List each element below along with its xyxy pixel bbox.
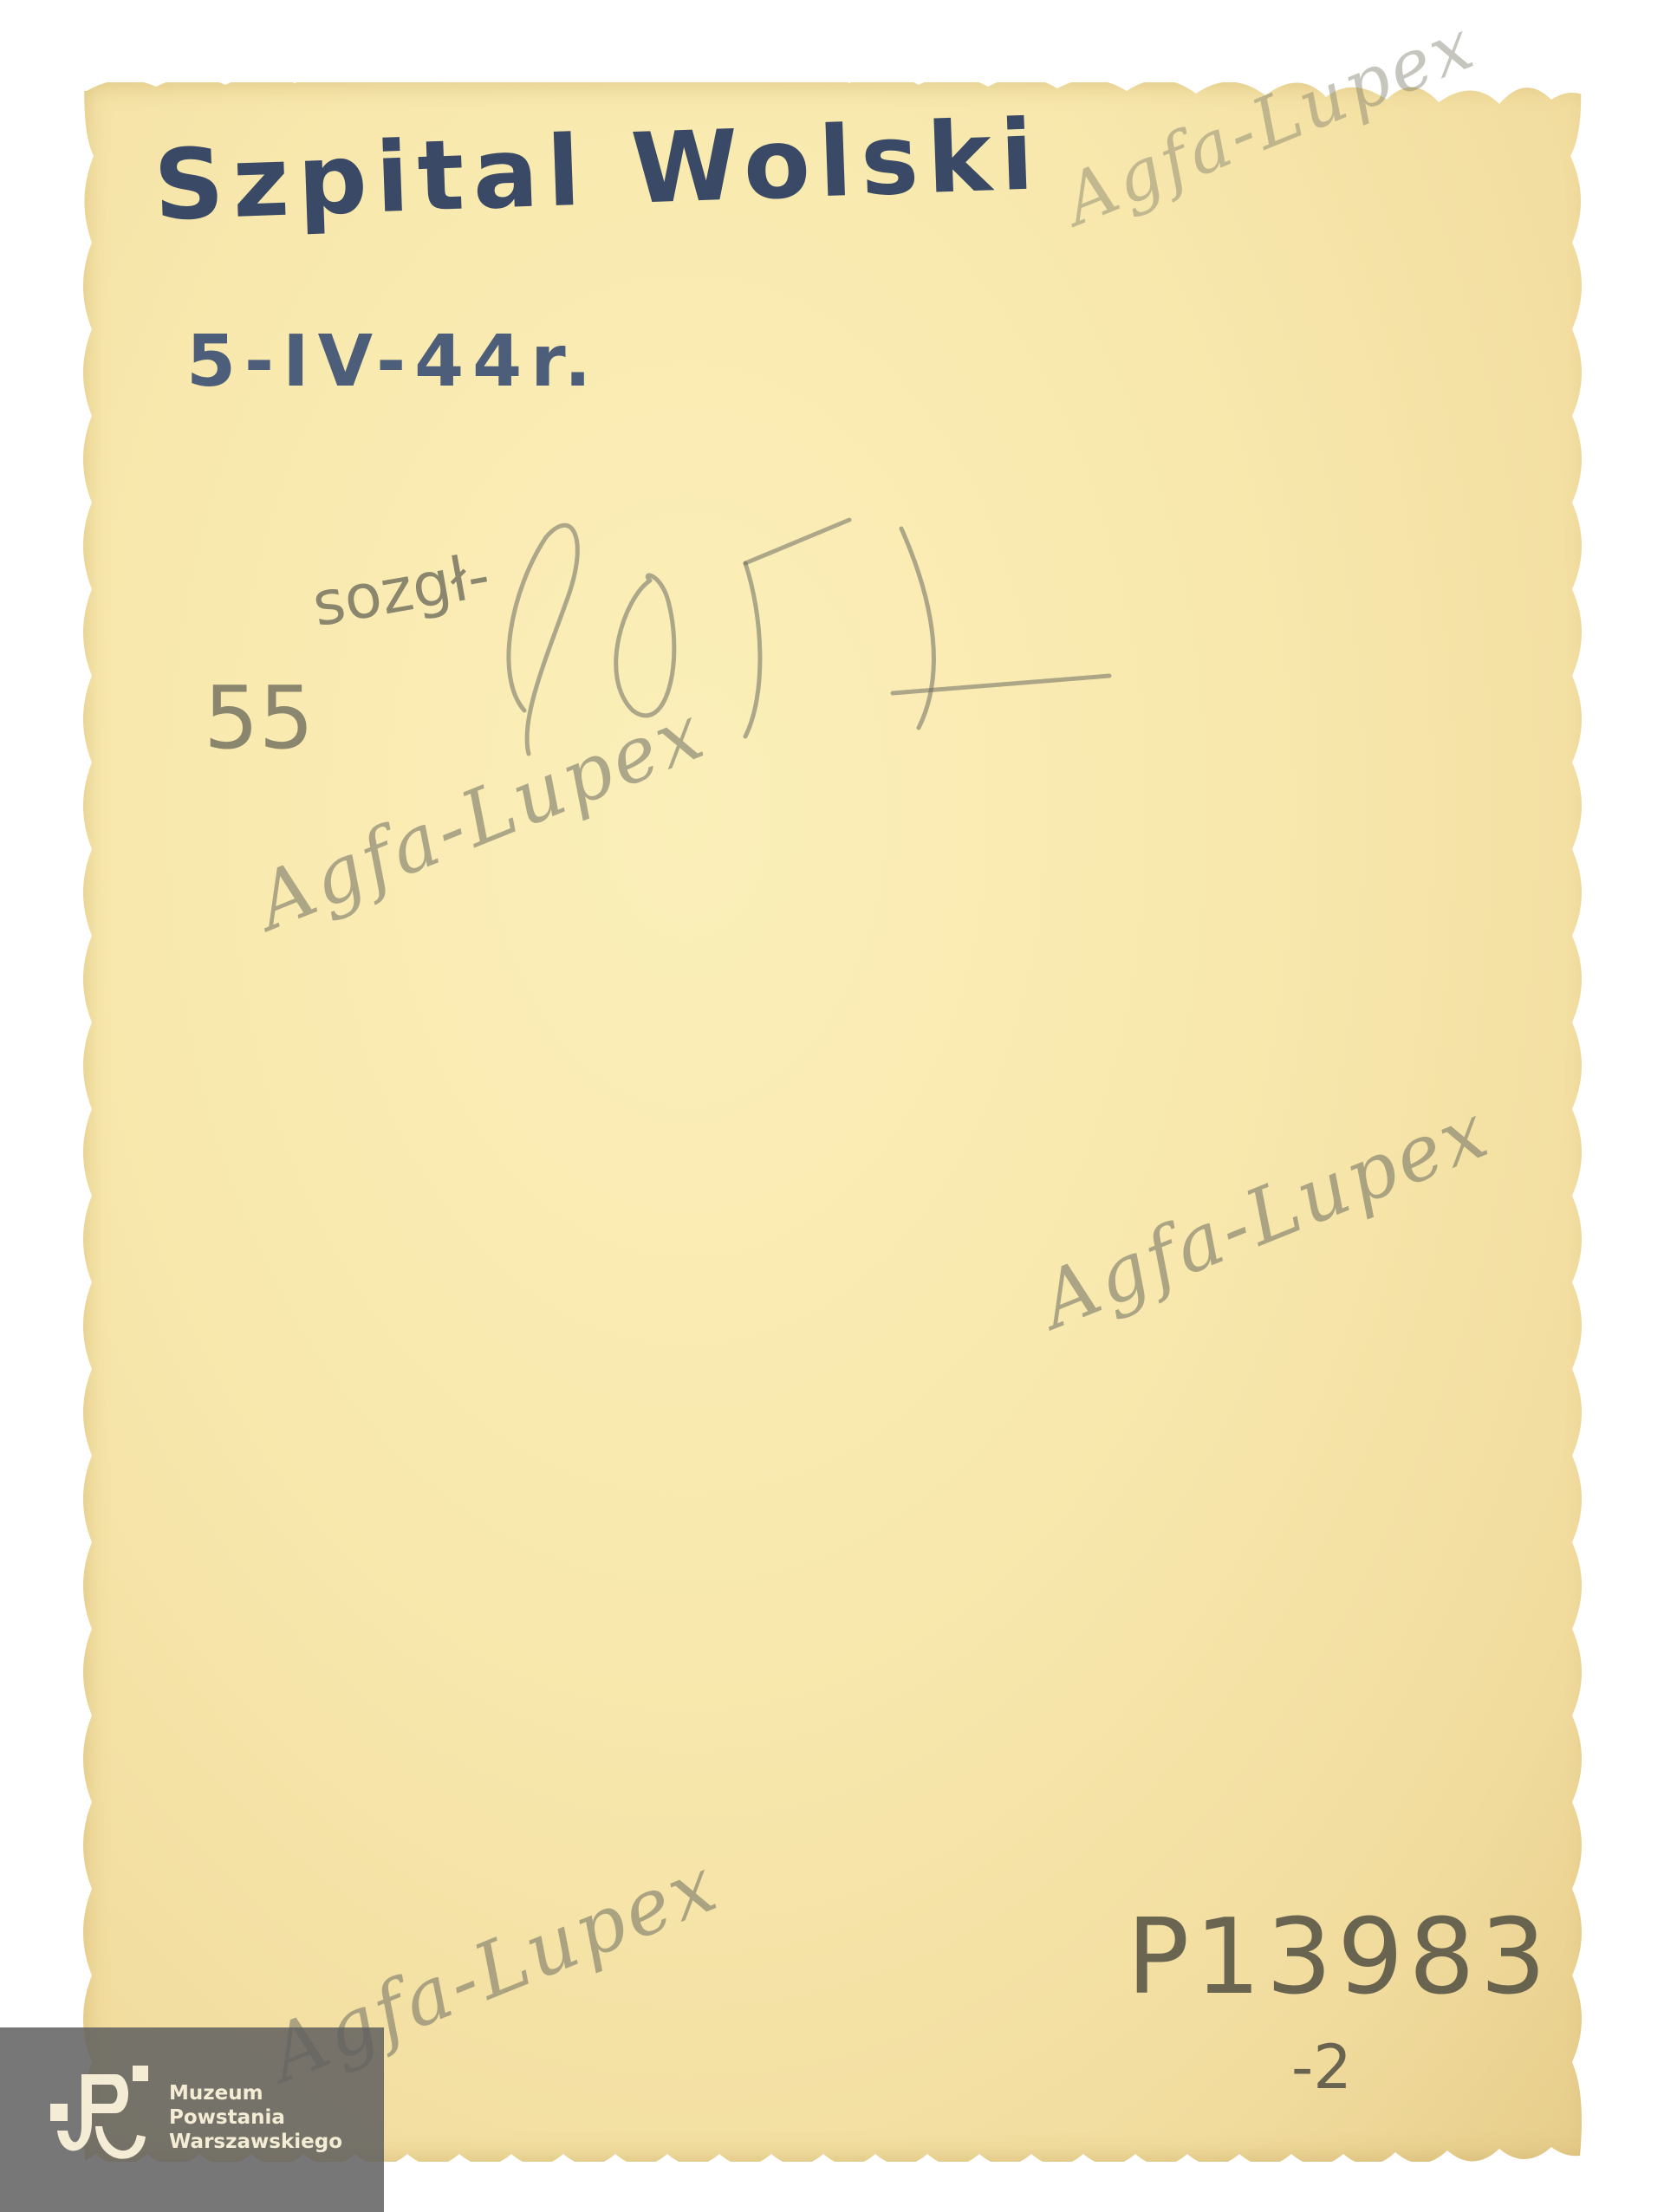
inventory-number: P13983 bbox=[1127, 1897, 1551, 2018]
inventory-suffix: -2 bbox=[1291, 2032, 1352, 2103]
pencil-number: 55 bbox=[204, 667, 314, 769]
museum-name-line: Warszawskiego bbox=[169, 2130, 342, 2154]
museum-name-line: Muzeum bbox=[169, 2081, 342, 2105]
museum-name: Muzeum Powstania Warszawskiego bbox=[169, 2081, 342, 2154]
kotwica-anchor-icon bbox=[50, 2066, 154, 2170]
museum-watermark: Muzeum Powstania Warszawskiego bbox=[0, 2027, 384, 2212]
museum-name-line: Powstania bbox=[169, 2105, 342, 2130]
handwritten-date: 5-IV-44r. bbox=[186, 321, 600, 403]
pencil-signature-scrawl bbox=[485, 503, 1144, 762]
